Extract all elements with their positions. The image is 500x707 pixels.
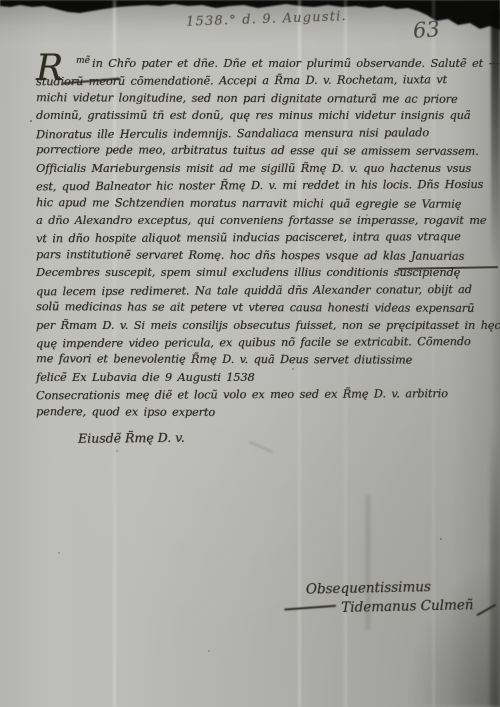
signature-paraph-stroke xyxy=(284,605,336,611)
signature-name: Tidemanus Culmeñ xyxy=(341,597,474,616)
manuscript-line: vt in dño hospite aliquot mensiũ inducia… xyxy=(36,230,500,250)
paper-specks xyxy=(30,120,32,122)
manuscript-page: 1538.° d. 9. Augusti. 63 R mẽ in Chr̃o p… xyxy=(0,0,500,707)
manuscript-line: Officialis Marieburgensis misit ad me si… xyxy=(36,162,500,179)
letter-subscription: Eiusdẽ R̃mę D. v. xyxy=(36,427,500,446)
manuscript-line: in Chr̃o pater et dñe. Dñe et maior plur… xyxy=(36,57,500,74)
salutation-initial-superscript: mẽ xyxy=(76,56,90,66)
manuscript-line: me favori et benevolentię R̃mę D. v. quã… xyxy=(36,353,500,372)
manuscript-line: pendere, quod ex ipso experto xyxy=(36,405,500,424)
manuscript-line: solũ medicinas has se ait petere vt vter… xyxy=(36,300,500,319)
folio-number: 63 xyxy=(412,17,440,43)
manuscript-line: qua lecem ipse redimeret. Na tale quiddã… xyxy=(36,282,500,302)
manuscript-line: per R̃mam D. v. Si meis consilijs obsecu… xyxy=(36,319,500,336)
manuscript-line: est, quod Balneator hic noster R̃mę D. v… xyxy=(36,178,500,198)
manuscript-line: Consecrationis meę diẽ et locũ volo ex m… xyxy=(36,387,500,407)
manuscript-line: porrectiore pede meo, arbitratus tuitus … xyxy=(36,143,500,162)
signature-closing: Obsequentissimus xyxy=(284,578,498,598)
manuscript-line: felicẽ Ex Lubavia die 9 Augusti 1538 xyxy=(36,371,500,388)
signature-block: Obsequentissimus Tidemanus Culmeñ xyxy=(284,578,498,617)
manuscript-line: hic apud me Schtzendien moratus narravit… xyxy=(36,196,500,215)
manuscript-line: dominũ, gratissimũ tñ est donũ, quę res … xyxy=(36,109,500,126)
manuscript-line: studiorũ meorũ cõmendationẽ. Accepi a R̃… xyxy=(36,73,500,93)
manuscript-line: pars institutionẽ servaret Romę. hoc dñs… xyxy=(36,248,500,267)
manuscript-line: a dño Alexandro exceptus, qui conveniens… xyxy=(36,214,500,231)
letter-body: R mẽ in Chr̃o pater et dñe. Dñe et maior… xyxy=(36,57,500,444)
manuscript-line: michi videtur longitudine, sed non pari … xyxy=(36,91,500,110)
